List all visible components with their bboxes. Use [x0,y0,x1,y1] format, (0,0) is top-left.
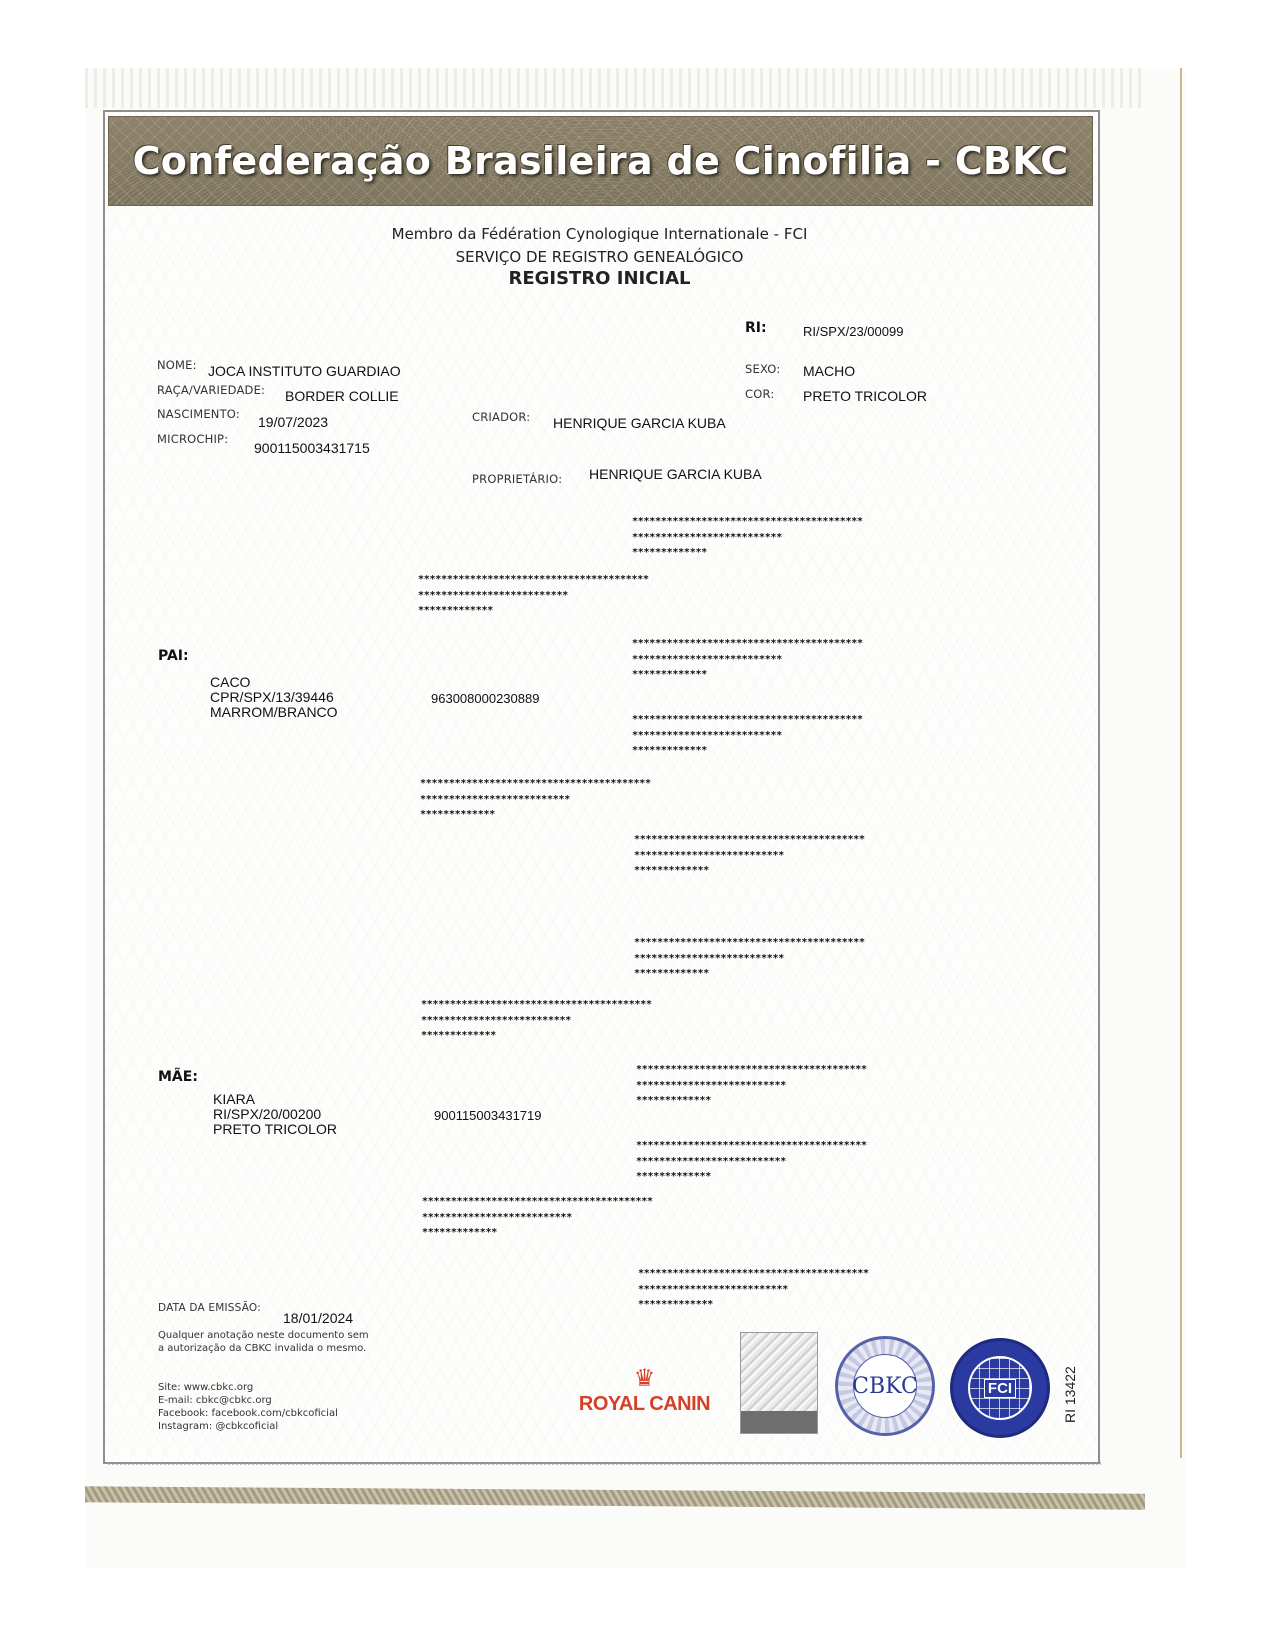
proprietario-value: HENRIQUE GARCIA KUBA [589,466,762,482]
mae-registry: RI/SPX/20/00200 [213,1107,337,1122]
pai-name: CACO [210,675,338,690]
pai-info: CACO CPR/SPX/13/39446 MARROM/BRANCO [210,675,338,720]
site-link[interactable]: Site: www.cbkc.org [158,1381,338,1394]
header-banner: Confederação Brasileira de Cinofilia - C… [108,116,1093,206]
email-link[interactable]: E-mail: cbkc@cbkc.org [158,1394,338,1407]
masked-ancestor-block: ****************************************… [634,935,865,982]
security-pattern [85,68,1145,108]
cbkc-seal-center: CBKC [853,1354,917,1418]
serial-number: RI 13422 [1062,1366,1078,1423]
microchip-value: 900115003431715 [254,440,370,456]
emissao-value: 18/01/2024 [283,1310,353,1326]
mae-microchip: 900115003431719 [434,1108,542,1123]
ri-label: RI: [745,320,767,336]
validity-notice: Qualquer anotação neste documento sem a … [158,1329,369,1355]
document-type: REGISTRO INICIAL [103,268,1096,289]
royal-canin-logo: ♛ ROYAL CANIN [572,1365,717,1416]
criador-label: CRIADOR: [472,410,530,424]
pai-registry: CPR/SPX/13/39446 [210,690,338,705]
sheet-edge [1180,68,1182,1458]
hologram-seal [740,1332,818,1434]
cor-value: PRETO TRICOLOR [803,388,927,404]
nascimento-label: NASCIMENTO: [157,407,240,421]
masked-ancestor-block: ****************************************… [422,1194,653,1241]
raca-label: RAÇA/VARIEDADE: [157,383,265,397]
masked-ancestor-block: ****************************************… [632,514,863,561]
masked-ancestor-block: ****************************************… [638,1266,869,1313]
hologram-base [741,1411,817,1433]
facebook-link[interactable]: Facebook: facebook.com/cbkcoficial [158,1407,338,1420]
fci-member-line: Membro da Fédération Cynologique Interna… [103,225,1096,243]
cor-label: COR: [745,387,774,401]
proprietario-label: PROPRIETÁRIO: [472,472,562,486]
emissao-label: DATA DA EMISSÃO: [158,1302,261,1314]
ri-value: RI/SPX/23/00099 [803,324,903,339]
instagram-link[interactable]: Instagram: @cbkcoficial [158,1420,338,1433]
sponsor-name: ROYAL CANIN [572,1393,717,1416]
raca-value: BORDER COLLIE [285,388,399,404]
masked-ancestor-block: ****************************************… [418,572,649,619]
masked-ancestor-block: ****************************************… [632,712,863,759]
notice-line-2: a autorização da CBKC invalida o mesmo. [158,1342,369,1355]
banner-title: Confederação Brasileira de Cinofilia - C… [133,139,1069,183]
masked-ancestor-block: ****************************************… [636,1062,867,1109]
mae-info: KIARA RI/SPX/20/00200 PRETO TRICOLOR [213,1092,337,1137]
mae-color: PRETO TRICOLOR [213,1122,337,1137]
nome-value: JOCA INSTITUTO GUARDIAO [208,363,401,379]
microprint-line [108,1462,1101,1465]
mae-name: KIARA [213,1092,337,1107]
mae-label: MÃE: [158,1069,198,1085]
notice-line-1: Qualquer anotação neste documento sem [158,1329,369,1342]
masked-ancestor-block: ****************************************… [420,776,651,823]
fci-seal-icon: FCI [950,1338,1050,1438]
masked-ancestor-block: ****************************************… [421,997,652,1044]
masked-ancestor-block: ****************************************… [632,636,863,683]
pai-microchip: 963008000230889 [431,691,539,706]
crown-icon: ♛ [572,1365,717,1393]
fci-seal-text: FCI [984,1379,1016,1398]
globe-icon: FCI [968,1356,1032,1420]
nascimento-value: 19/07/2023 [258,414,328,430]
sexo-label: SEXO: [745,362,780,376]
contact-info: Site: www.cbkc.org E-mail: cbkc@cbkc.org… [158,1381,338,1433]
service-line: SERVIÇO DE REGISTRO GENEALÓGICO [103,248,1096,266]
masked-ancestor-block: ****************************************… [634,832,865,879]
nome-label: NOME: [157,358,197,372]
microchip-label: MICROCHIP: [157,432,228,446]
sexo-value: MACHO [803,363,855,379]
cbkc-seal-icon: CBKC [835,1336,935,1436]
pai-color: MARROM/BRANCO [210,705,338,720]
pai-label: PAI: [158,648,189,664]
cbkc-seal-text: CBKC [852,1374,918,1399]
masked-ancestor-block: ****************************************… [636,1138,867,1185]
criador-value: HENRIQUE GARCIA KUBA [553,415,726,431]
